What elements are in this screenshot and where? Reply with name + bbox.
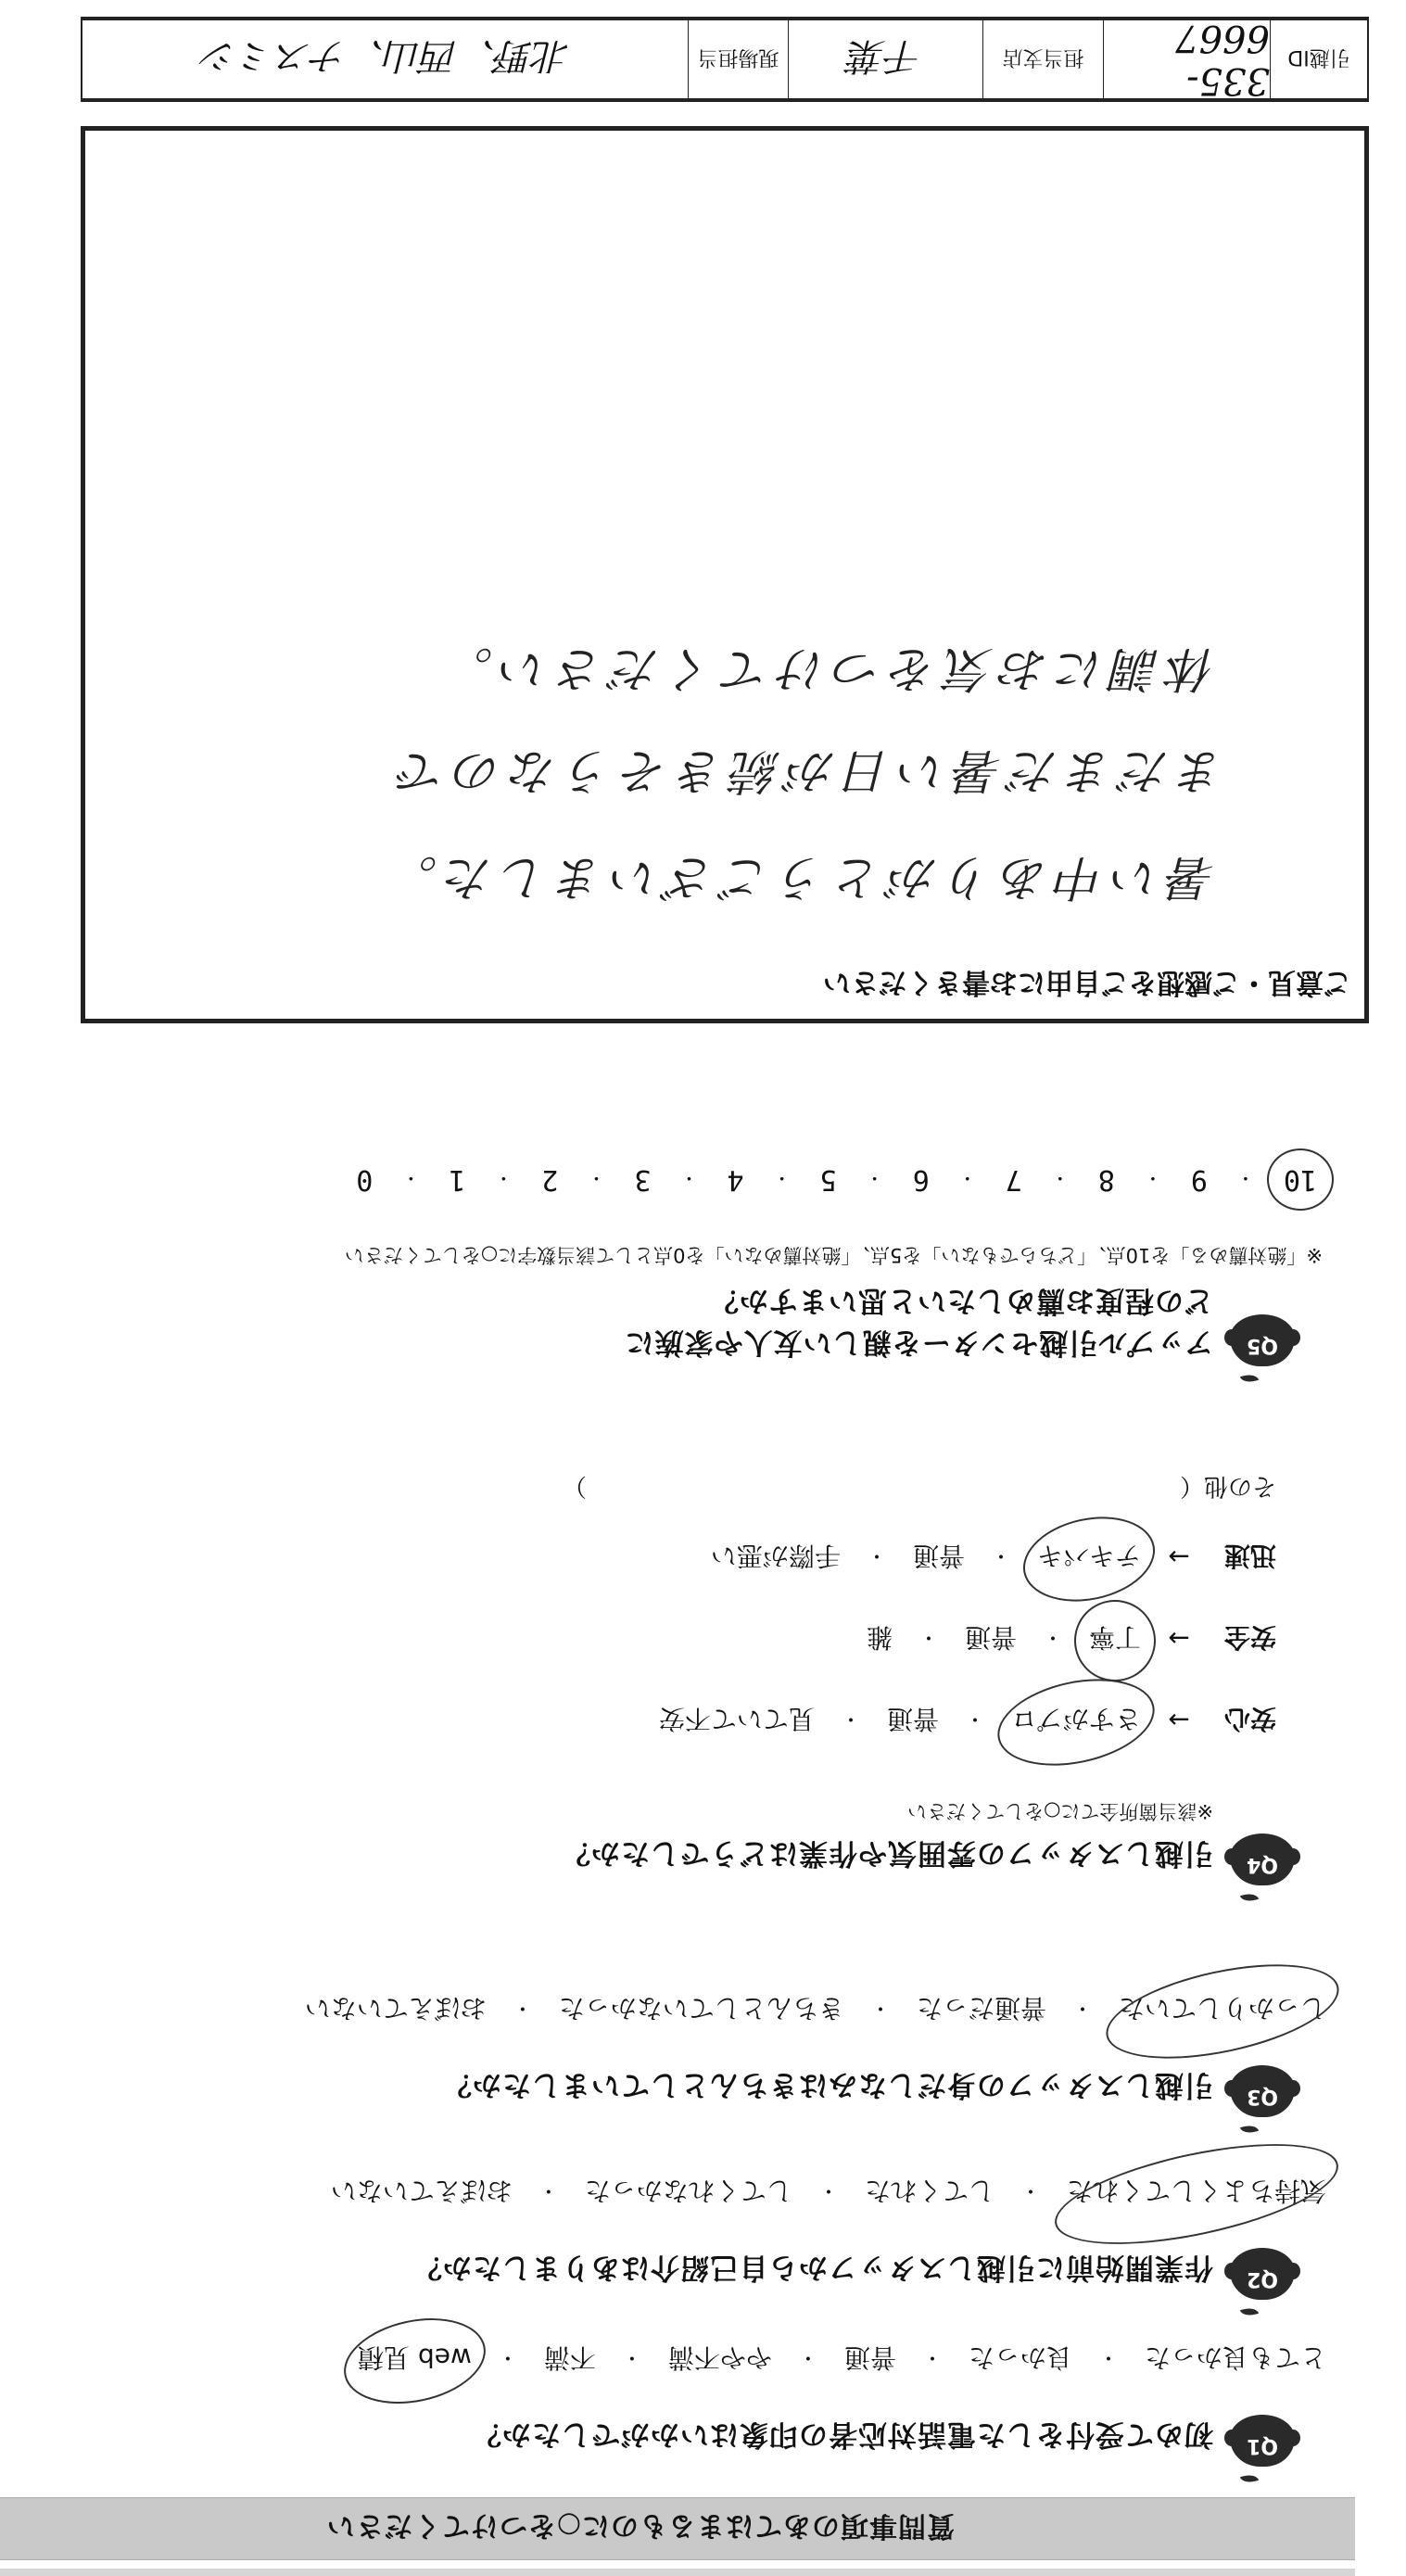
option[interactable]: してくれなかった bbox=[579, 2174, 798, 2211]
instruction-banner: 質問事項のあてはまるものに○をつけてください bbox=[0, 2497, 1355, 2560]
comment-label: ご意見・ご感想をご自由にお書きください bbox=[85, 965, 1351, 1006]
handwritten-comment-line: 暑い中ありがとうございました。 bbox=[382, 847, 1216, 917]
row-category: 安心 bbox=[1211, 1702, 1276, 1739]
apple-badge-icon: Q3 bbox=[1230, 2060, 1295, 2117]
other-paren: ） bbox=[563, 1472, 587, 1500]
scale-option[interactable]: 8 bbox=[1093, 1163, 1121, 1196]
options-row: しっかりしていた・ 普通だった・ きちんとしていなかった・ おぼえていない bbox=[71, 1991, 1332, 2028]
arrow-icon: → bbox=[1146, 1542, 1211, 1573]
option-selected[interactable]: 気持ちよくしてくれた bbox=[1061, 2174, 1332, 2211]
move-id-label: 引越ID bbox=[1270, 20, 1367, 98]
other-field: その他（） bbox=[71, 1471, 1276, 1505]
q4-row-anshin: 安心 → さすがプロ・ 普通・ 見ていて不安 bbox=[71, 1680, 1276, 1761]
option[interactable]: 普通 bbox=[959, 1620, 1022, 1657]
badge-label: Q1 bbox=[1230, 2434, 1295, 2457]
apple-badge-icon: Q4 bbox=[1230, 1828, 1295, 1885]
apple-badge-icon: Q2 bbox=[1230, 2242, 1295, 2300]
row-category: 迅速 bbox=[1211, 1539, 1276, 1576]
question-q5: Q5 アップル引越センターを親しい友人や家族に どの程度お薦めしたいと思いますか… bbox=[71, 1163, 1295, 1366]
option-selected[interactable]: しっかりしていた bbox=[1113, 1991, 1332, 2028]
option[interactable]: 手際が悪い bbox=[705, 1539, 846, 1576]
badge-label: Q3 bbox=[1230, 2085, 1295, 2108]
instruction-banner-text: 質問事項のあてはまるものに○をつけてください bbox=[326, 2508, 955, 2549]
scale-option[interactable]: 7 bbox=[1000, 1163, 1028, 1196]
nps-scale: 10・ 9・ 8・ 7・ 6・ 5・ 4・ 3・ 2・ 1・ 0 bbox=[71, 1163, 1323, 1196]
question-q1: Q1 初めて受付をした電話対応者の印象はいかがでしたか？ とても良かった・ 良か… bbox=[71, 2341, 1295, 2467]
question-note: ※該当箇所全てに○をしてください bbox=[71, 1798, 1213, 1826]
scale-option-selected[interactable]: 10 bbox=[1278, 1163, 1323, 1196]
header-table: 引越ID 335-6667 担当支店 千葉 現場担当 北野、西山、ナスミシ bbox=[81, 17, 1369, 102]
option[interactable]: おぼえていない bbox=[299, 1991, 492, 2028]
other-label: その他（ bbox=[1180, 1472, 1276, 1500]
arrow-icon: → bbox=[1146, 1706, 1211, 1736]
question-title: 引越しスタッフの身だしなみはきちんとしていましたか？ bbox=[442, 2068, 1213, 2110]
arrow-icon: → bbox=[1146, 1624, 1211, 1655]
badge-label: Q5 bbox=[1230, 1334, 1295, 1357]
q4-rows: 安心 → さすがプロ・ 普通・ 見ていて不安 安全 → 丁寧・ 普通・ 雑 迅速… bbox=[71, 1516, 1276, 1761]
badge-label: Q2 bbox=[1230, 2267, 1295, 2290]
option[interactable]: 普通 bbox=[839, 2341, 902, 2378]
scale-option[interactable]: 9 bbox=[1185, 1163, 1213, 1196]
option[interactable]: おぼえていない bbox=[325, 2174, 518, 2211]
option[interactable]: 普通 bbox=[907, 1539, 970, 1576]
options-row: 気持ちよくしてくれた・ してくれた・ してくれなかった・ おぼえていない bbox=[71, 2174, 1332, 2211]
question-note: ※「絶対薦める」を10点、「どちらでもない」を5点、「絶対薦めない」を0点として… bbox=[71, 1242, 1323, 1270]
scale-option[interactable]: 6 bbox=[907, 1163, 935, 1196]
scale-option[interactable]: 0 bbox=[350, 1163, 378, 1196]
scale-option[interactable]: 3 bbox=[628, 1163, 656, 1196]
question-title: 引越しスタッフの雰囲気や作業はどうでしたか？ bbox=[561, 1836, 1213, 1878]
option-selected[interactable]: web 見積 bbox=[352, 2341, 477, 2378]
branch-value[interactable]: 千葉 bbox=[788, 20, 982, 98]
option[interactable]: やや不満 bbox=[663, 2341, 778, 2378]
option[interactable]: してくれた bbox=[859, 2174, 1000, 2211]
apple-badge-icon: Q1 bbox=[1230, 2409, 1295, 2467]
question-q4: Q4 引越しスタッフの雰囲気や作業はどうでしたか？ ※該当箇所全てに○をしてくだ… bbox=[71, 1471, 1295, 1885]
staff-label: 現場担当 bbox=[688, 20, 788, 98]
move-id-value[interactable]: 335-6667 bbox=[1103, 20, 1270, 98]
option[interactable]: 見ていて不安 bbox=[653, 1702, 820, 1739]
badge-label: Q4 bbox=[1230, 1853, 1295, 1876]
survey-sheet: 質問事項のあてはまるものに○をつけてください Q1 初めて受付をした電話対応者の… bbox=[0, 0, 1406, 2576]
option[interactable]: 普通だった bbox=[911, 1991, 1052, 2028]
question-title-line1: アップル引越センターを親しい友人や家族に bbox=[625, 1325, 1213, 1366]
option[interactable]: 雑 bbox=[861, 1620, 898, 1657]
handwritten-comment-line: 体調にお気をつけてください。 bbox=[437, 639, 1216, 708]
staff-value[interactable]: 北野、西山、ナスミシ bbox=[82, 20, 688, 98]
question-title: 初めて受付をした電話対応者の印象はいかがでしたか？ bbox=[472, 2417, 1213, 2459]
handwritten-comment-line: まだまだ暑い日が続きそうなので bbox=[391, 741, 1225, 810]
scale-option[interactable]: 5 bbox=[815, 1163, 842, 1196]
question-q3: Q3 引越しスタッフの身だしなみはきちんとしていましたか？ しっかりしていた・ … bbox=[71, 1991, 1295, 2117]
scale-option[interactable]: 2 bbox=[536, 1163, 564, 1196]
question-title: 作業開始前に引越しスタッフから自己紹介はありましたか？ bbox=[412, 2251, 1213, 2292]
option-selected[interactable]: 丁寧 bbox=[1083, 1620, 1146, 1657]
page-edge bbox=[0, 2569, 1355, 2576]
option[interactable]: 良かった bbox=[963, 2341, 1078, 2378]
options-row: とても良かった・ 良かった・ 普通・ やや不満・ 不満・ web 見積 bbox=[71, 2341, 1332, 2378]
option[interactable]: とても良かった bbox=[1139, 2341, 1332, 2378]
q4-row-jinsoku: 迅速 → テキパキ・ 普通・ 手際が悪い bbox=[71, 1516, 1276, 1598]
scale-option[interactable]: 1 bbox=[443, 1163, 471, 1196]
option[interactable]: 普通 bbox=[881, 1702, 944, 1739]
scale-option[interactable]: 4 bbox=[722, 1163, 750, 1196]
q4-row-anzen: 安全 → 丁寧・ 普通・ 雑 bbox=[71, 1598, 1276, 1680]
row-category: 安全 bbox=[1211, 1620, 1276, 1657]
option-selected[interactable]: テキパキ bbox=[1032, 1539, 1146, 1576]
apple-badge-icon: Q5 bbox=[1230, 1309, 1295, 1366]
option-selected[interactable]: さすがプロ bbox=[1006, 1702, 1146, 1739]
question-title-line2: どの程度お薦めしたいと思いますか？ bbox=[625, 1283, 1213, 1325]
question-q2: Q2 作業開始前に引越しスタッフから自己紹介はありましたか？ 気持ちよくしてくれ… bbox=[71, 2174, 1295, 2300]
branch-label: 担当支店 bbox=[982, 20, 1103, 98]
option[interactable]: きちんとしていなかった bbox=[553, 1991, 850, 2028]
comment-box[interactable]: ご意見・ご感想をご自由にお書きください 暑い中ありがとうございました。 まだまだ… bbox=[81, 126, 1369, 1023]
option[interactable]: 不満 bbox=[538, 2341, 602, 2378]
